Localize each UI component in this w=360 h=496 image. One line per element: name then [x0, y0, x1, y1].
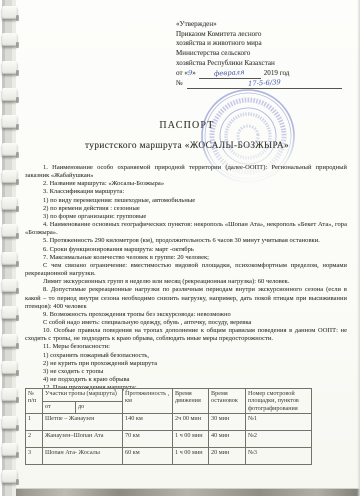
route-table-body: 1Шетпе – Жанаузен140 км2ч 00 мин30 мин№1…	[26, 414, 312, 465]
col-num: № п/п	[26, 389, 43, 414]
col-route: Участки тропы (маршрута)	[43, 389, 123, 402]
binding-ring	[2, 388, 17, 401]
table-cell: 1	[26, 414, 43, 431]
table-cell: 30 мин	[209, 414, 246, 431]
table-cell: Жанаузен–Шопан Ата	[43, 431, 123, 448]
body-paragraph: 6. Сроки функционирования маршрута: март…	[25, 246, 347, 254]
date-prefix: от «	[176, 69, 188, 79]
document-title: ПАСПОРТ	[22, 120, 352, 131]
approval-date-line: от «9» февраля 2019 год	[176, 69, 348, 79]
table-cell: 40 мин	[209, 431, 246, 448]
binding-ring	[2, 443, 17, 456]
body-paragraph: 9. Возможность прохождения тропы без экс…	[25, 311, 347, 319]
approval-line: Приказом Комитета лесного	[176, 30, 348, 40]
body-paragraph: 3) по форме организации: групповые	[25, 213, 347, 221]
binding-ring	[2, 33, 17, 46]
binding-ring	[2, 224, 17, 237]
body-paragraphs: 1. Наименование особо охраняемой природн…	[25, 164, 347, 392]
table-cell: 3	[26, 448, 43, 465]
table-cell: Шопан Ата- Жосалы	[43, 448, 123, 465]
scanned-document-page: «Утвержден» Приказом Комитета лесного хо…	[0, 0, 360, 496]
body-paragraph: 8. Допустимые рекреационные нагрузки по …	[25, 286, 347, 310]
binding-ring	[2, 416, 17, 429]
binding-ring	[2, 143, 17, 156]
table-cell: 2	[26, 431, 43, 448]
table-row: 1Шетпе – Жанаузен140 км2ч 00 мин30 мин№1	[26, 414, 312, 431]
route-plan-table: № п/п Участки тропы (маршрута) Протяженн…	[25, 388, 312, 465]
body-paragraph: 3) не сходить с тропы	[25, 368, 347, 376]
binding-ring	[2, 197, 17, 210]
table-cell: №3	[246, 448, 312, 465]
handwritten-number: 17-5-6/39	[248, 78, 281, 89]
binding-ring	[2, 6, 17, 19]
binding-ring	[2, 361, 17, 374]
binding-ring	[2, 170, 17, 183]
body-paragraph: С собой надо иметь: специальную одежду, …	[25, 319, 347, 327]
binding-ring	[2, 252, 17, 265]
table-cell: 1 ч 00 мин	[173, 448, 209, 465]
binding-ring	[2, 470, 17, 483]
body-paragraph: 5. Протяженность 290 километров (км), пр…	[25, 237, 347, 245]
binding-ring	[2, 115, 17, 128]
binding-ring	[2, 88, 17, 101]
body-paragraph: С чем связано ограничение: вместимостью …	[25, 262, 347, 278]
table-cell: №2	[246, 431, 312, 448]
approval-line: хозяйства и животного мира	[176, 39, 348, 49]
body-paragraph: 1. Наименование особо охраняемой природн…	[25, 164, 347, 180]
body-paragraph: 2) не курить при прохождений маршрута	[25, 360, 347, 368]
body-paragraph: 11. Меры безопасности:	[25, 343, 347, 351]
binding-ring	[2, 306, 17, 319]
approval-line: «Утвержден»	[176, 20, 348, 30]
table-header-row: № п/п Участки тропы (маршрута) Протяженн…	[26, 389, 312, 402]
col-route-from: от	[43, 401, 76, 414]
body-paragraph: 10. Особые правила поведения на тропах д…	[25, 327, 347, 343]
approval-number-line: № 17-5-6/39	[176, 79, 348, 89]
binding-ring	[2, 61, 17, 74]
table-row: 3Шопан Ата- Жосалы60 км1 ч 00 мин20 мин№…	[26, 448, 312, 465]
scan-bottom-edge	[0, 488, 360, 496]
date-month-blank: февраля	[199, 69, 261, 79]
table-cell: 140 км	[123, 414, 173, 431]
body-paragraph: 3. Классификация маршрута:	[25, 188, 347, 196]
table-cell: Шетпе – Жанаузен	[43, 414, 123, 431]
col-point: Номер смотровой площадки, пунктов фотогр…	[246, 389, 312, 414]
col-move-time: Время движения	[173, 389, 209, 414]
document-subtitle: туристского маршрута «ЖОСАЛЫ-БОЗЖЫРА»	[22, 141, 352, 151]
binding-ring	[2, 334, 17, 347]
table-cell: 20 мин	[209, 448, 246, 465]
number-label: №	[176, 79, 183, 89]
body-paragraph: 7. Максимальные количество человек в гру…	[25, 254, 347, 262]
body-paragraph: 1) сохранить пожарный безопасность,	[25, 352, 347, 360]
handwritten-month: февраля	[214, 68, 245, 79]
table-cell: 2ч 00 мин	[173, 414, 209, 431]
date-close: »	[192, 69, 196, 79]
date-year: 2019 год	[264, 69, 290, 79]
approval-block: «Утвержден» Приказом Комитета лесного хо…	[176, 20, 348, 89]
binding-strip	[0, 0, 20, 496]
col-stop-time: Время остановок	[209, 389, 246, 414]
body-paragraph: 2) по времени действия : сезонные	[25, 205, 347, 213]
col-route-to: до	[76, 401, 123, 414]
table-cell: 1 ч 00 мин	[173, 431, 209, 448]
approval-line: Министерства сельского	[176, 49, 348, 59]
body-paragraph: 4. Наименование основных географических …	[25, 221, 347, 237]
table-cell: №1	[246, 414, 312, 431]
body-paragraph: 4) не подходить к краю обрыва	[25, 376, 347, 384]
table-cell: 70 км	[123, 431, 173, 448]
table-row: 2Жанаузен–Шопан Ата70 км1 ч 00 мин40 мин…	[26, 431, 312, 448]
approval-line: хозяйства Республики Казахстан	[176, 59, 348, 69]
table-cell: 60 км	[123, 448, 173, 465]
col-length: Протяженность , км	[123, 389, 173, 414]
body-paragraph: 1) по виду перемещения: пешеходные, авто…	[25, 197, 347, 205]
number-blank: 17-5-6/39	[187, 79, 342, 89]
binding-ring	[2, 279, 17, 292]
handwritten-day: 9	[188, 69, 193, 79]
